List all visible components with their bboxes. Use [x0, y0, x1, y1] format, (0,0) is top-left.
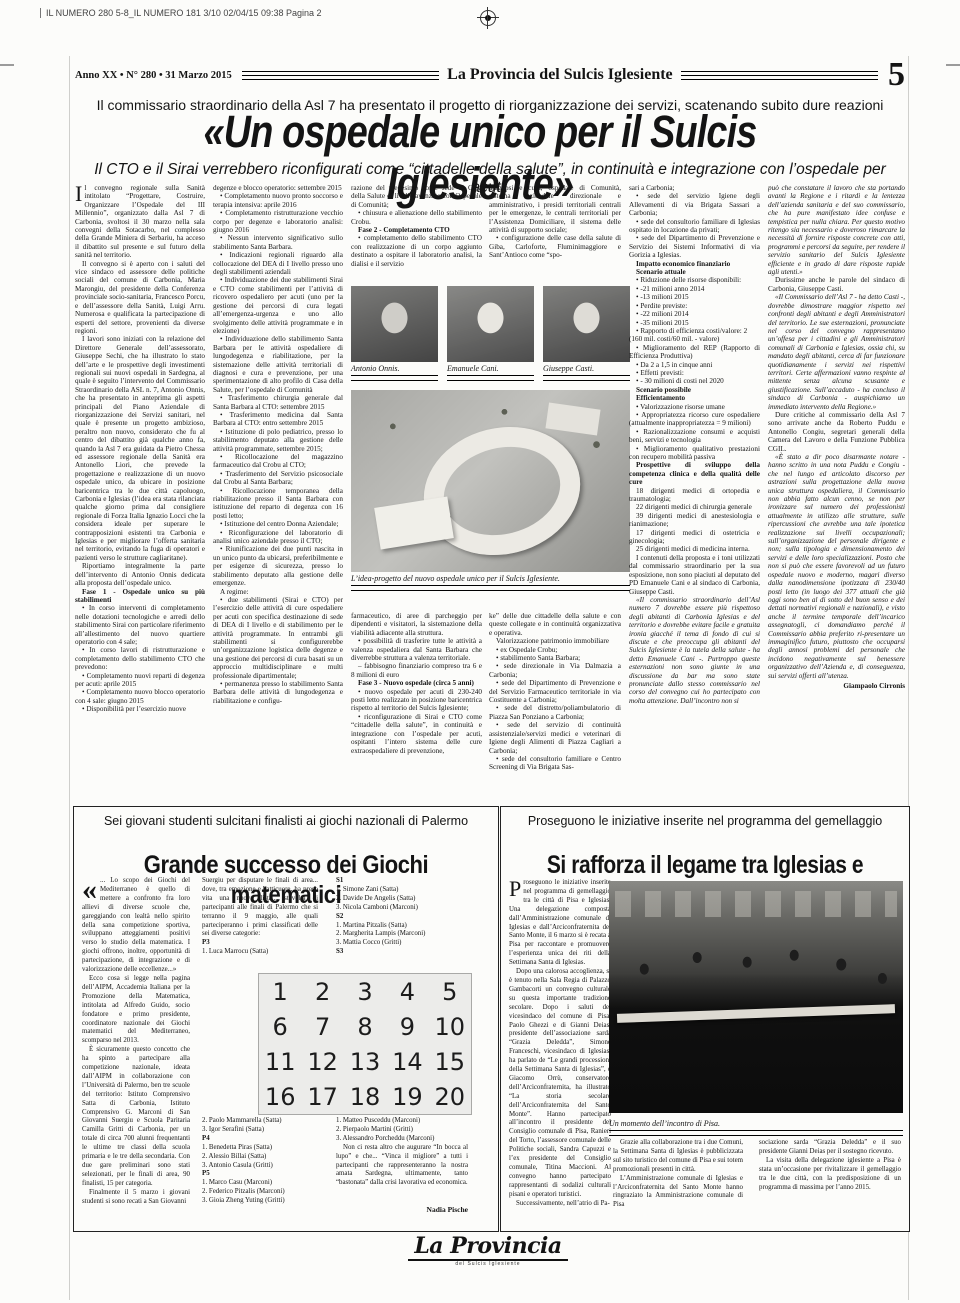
lead-column-1: Il convegno regionale sulla Sanità intit…: [75, 184, 205, 804]
registration-mark-icon: [480, 10, 496, 26]
body-paragraph: P5: [202, 1170, 318, 1179]
body-paragraph: Il convegno si è aperto con i saluti del…: [75, 260, 205, 336]
newspaper-page: IL NUMERO 280 5-8_IL NUMERO 181 3/10 02/…: [0, 0, 960, 1303]
pisa-column-c: sociazione sarda “Grazia Deledda” e il s…: [759, 1139, 901, 1229]
grid-number: 7: [315, 1013, 330, 1041]
body-paragraph: • -13 milioni 2015: [629, 293, 760, 301]
body-paragraph: • sede direzionale in Via Dalmazia a Car…: [489, 662, 621, 679]
body-paragraph: Prospettive di sviluppo della competenza…: [629, 461, 760, 486]
body-paragraph: «Il Commissario dell’Asl 7 - ha detto Ca…: [768, 293, 905, 411]
lead-column-3-bottom: farmaceutico, di aree di parcheggio per …: [351, 612, 482, 804]
body-paragraph: 25 dirigenti medici di medicina interna.: [629, 545, 760, 553]
body-paragraph: • Completamento nuovi reparti di degenza…: [75, 672, 205, 689]
body-paragraph: 3. Mattia Cocco (Gritti): [336, 939, 468, 948]
body-paragraph: 17 dirigenti medici di ostetricia e gine…: [629, 529, 760, 546]
body-paragraph: Fase 3 - Nuovo ospedale (circa 5 anni): [351, 679, 482, 687]
body-paragraph: • Razionalizzazione consumi e acquisti b…: [629, 428, 760, 445]
grid-number: 18: [350, 1083, 381, 1111]
page-frame-rule-left: [69, 56, 70, 1300]
body-paragraph: Grazie alla collaborazione tra i due Com…: [613, 1139, 743, 1175]
body-paragraph: • sede del Dipartimento di Prevenzione e…: [629, 234, 760, 259]
grid-number: 11: [265, 1048, 296, 1076]
body-paragraph: 3. Alessandro Porcheddu (Marconi): [336, 1135, 468, 1144]
body-paragraph: • Da 2 a 1,5 in cinque anni: [629, 361, 760, 369]
body-paragraph: Durissime anche le parole del sindaco di…: [768, 276, 905, 293]
grid-number: 19: [392, 1083, 423, 1111]
body-paragraph: 2. Federico Pitzalis (Marconi): [202, 1188, 318, 1197]
lead-column-6: può che constatare il lavoro che sta por…: [768, 184, 905, 804]
lead-column-4-bottom: ke” delle due cittadelle della salute e …: [489, 612, 621, 804]
grid-number: 20: [435, 1083, 466, 1111]
body-paragraph: 2. Margherita Lampis (Marconi): [336, 930, 468, 939]
math-byline: Nadia Pische: [336, 1205, 468, 1214]
body-paragraph: può che constatare il lavoro che sta por…: [768, 184, 905, 276]
body-paragraph: Fase 1 - Ospedale unico su più stabilime…: [75, 588, 205, 605]
portrait-photo: [351, 286, 438, 362]
double-rule: [351, 375, 438, 381]
body-paragraph: La visita della delegazione iglesiente a…: [759, 1157, 901, 1193]
newspaper-footer-logo: La Provincia del Sulcis Iglesiente: [408, 1234, 568, 1268]
numbers-grid: 1234567891011121314151617181920: [258, 973, 472, 1115]
body-paragraph: Impatto economico finanziario: [629, 260, 760, 268]
body-paragraph: 3. Igor Serafini (Satta): [202, 1126, 318, 1135]
body-paragraph: • ex Ospedale Crobu;: [489, 646, 621, 654]
body-paragraph: 2. Davide De Angelis (Satta): [336, 895, 468, 904]
body-paragraph: • sede del servizio di continuità assist…: [489, 721, 621, 755]
photo-emanuele-cani: Emanuele Cani.: [447, 286, 534, 381]
body-paragraph: • Completamento nuovo blocco operatorio …: [75, 688, 205, 705]
body-paragraph: P3: [202, 939, 318, 948]
body-paragraph: L’Amministrazione comunale di Iglesias e…: [613, 1175, 743, 1211]
body-paragraph: • -35 milioni 2015: [629, 319, 760, 327]
body-paragraph: • riconfigurazione di Sirai e CTO come “…: [351, 713, 482, 755]
portrait-photo: [447, 286, 534, 362]
body-paragraph: Valorizzazione patrimonio immobiliare: [489, 637, 621, 645]
body-paragraph: • chiusura e alienazione dello stabilime…: [351, 209, 482, 226]
lead-column-2: degenze e blocco operatorio: settembre 2…: [213, 184, 343, 804]
body-paragraph: • configurazione delle case della salute…: [489, 234, 621, 259]
photo-antonio-onnis: Antonio Onnis.: [351, 286, 438, 381]
body-paragraph: • Ricollocazione temporanea della riabil…: [213, 487, 343, 521]
body-paragraph: farmaceutico, di aree di parcheggio per …: [351, 612, 482, 637]
edition-info: Anno XX • N° 280 • 31 Marzo 2015: [75, 70, 232, 81]
body-paragraph: «Il commissario straordinario dell’Asl n…: [629, 596, 760, 705]
body-paragraph: 1. Simone Zani (Satta): [336, 886, 468, 895]
body-paragraph: • In corso lavori di ristrutturazione e …: [75, 646, 205, 671]
body-paragraph: • Individuazione dei due stabilimenti Si…: [213, 276, 343, 335]
body-paragraph: Successivamente, nell’atrio di Pa-: [509, 1200, 611, 1209]
masthead-center: La Provincia del Sulcis Iglesiente: [242, 66, 878, 84]
masthead-rule: [242, 71, 439, 80]
body-paragraph: • Completamento ristrutturazione vecchio…: [213, 209, 343, 234]
logo-subtitle: del Sulcis Iglesiente: [408, 1261, 568, 1268]
body-paragraph: razione del medesimo come sede di Casa d…: [351, 184, 482, 209]
crop-mark-left: [0, 64, 14, 66]
body-paragraph: S1: [336, 877, 468, 886]
masthead: Anno XX • N° 280 • 31 Marzo 2015 La Prov…: [75, 60, 905, 90]
math-column-right-bottom: 1. Matteo Pusceddu (Marconi)2. Pierpaolo…: [336, 1117, 468, 1201]
body-paragraph: 3. Antonio Casula (Gritti): [202, 1162, 318, 1171]
grid-number: 6: [273, 1013, 288, 1041]
grid-number: 8: [357, 1013, 372, 1041]
body-paragraph: 39 dirigenti medici di anestesiologia e …: [629, 512, 760, 529]
body-paragraph: Riportiamo integralmente la parte dell’i…: [75, 562, 205, 587]
body-paragraph: • -21 milioni anno 2014: [629, 285, 760, 293]
body-paragraph: 2. Pierpaolo Martini (Gritti): [336, 1126, 468, 1135]
body-paragraph: S2: [336, 913, 468, 922]
body-paragraph: 1. Martina Pitzalis (Satta): [336, 922, 468, 931]
hospital-model-photo: L’idea-progetto del nuovo ospedale unico…: [351, 390, 630, 591]
body-paragraph: • sede del servizio Igiene degli Allevam…: [629, 192, 760, 217]
body-paragraph: • In corso interventi di completamento n…: [75, 604, 205, 646]
body-paragraph: • -22 milioni 2014: [629, 310, 760, 318]
body-paragraph: Dure critiche al commissario della Asl 7…: [768, 411, 905, 453]
photo-caption: Emanuele Cani.: [447, 362, 534, 374]
body-paragraph: I contenuti della proposta e i toni util…: [629, 554, 760, 596]
body-paragraph: • sede del consultorio familiare di Igle…: [629, 218, 760, 235]
body-paragraph: • sede del distretto/poliambulatorio di …: [489, 704, 621, 721]
pisa-meeting-photo: [609, 881, 903, 1113]
grid-number: 3: [357, 978, 372, 1006]
grid-number: 14: [392, 1048, 423, 1076]
body-paragraph: diagnosi e cura, ospedale di Comunità, s…: [489, 184, 621, 234]
newspaper-title: La Provincia del Sulcis Iglesiente: [447, 66, 672, 84]
body-paragraph: Efficientamento: [629, 394, 760, 402]
body-paragraph: – fabbisogno finanziario compreso tra 6 …: [351, 662, 482, 679]
body-paragraph: 3. Gioia Zheng Yuting (Gritti): [202, 1197, 318, 1206]
body-paragraph: S3: [336, 948, 468, 957]
grid-number: 12: [307, 1048, 338, 1076]
masthead-rule: [681, 71, 878, 80]
body-paragraph: • Riduzione delle risorse disponibili:: [629, 276, 760, 284]
body-paragraph: • Completamento nuovo pronto soccorso e …: [213, 192, 343, 209]
body-paragraph: 1. Matteo Pusceddu (Marconi): [336, 1117, 468, 1126]
body-paragraph: • permanenza presso lo stabilimento Sant…: [213, 680, 343, 705]
body-paragraph: Fase 2 - Completamento CTO: [351, 226, 482, 234]
body-paragraph: • Rapporto di efficienza costi/valore: 2: [629, 327, 760, 335]
body-paragraph: • Disponibilità per l’esercizio nuove: [75, 705, 205, 713]
page-number: 5: [888, 60, 905, 90]
body-paragraph: (160 mil. costi/60 mil. - valore): [629, 335, 760, 343]
photo-caption: L’idea-progetto del nuovo ospedale unico…: [351, 572, 630, 584]
grid-number: 16: [265, 1083, 296, 1111]
body-paragraph: • Indicazioni regionali riguardo alla co…: [213, 251, 343, 276]
body-paragraph: ke” delle due cittadelle della salute e …: [489, 612, 621, 637]
body-paragraph: «È stato a dir poco disarmante notare - …: [768, 453, 905, 680]
body-paragraph: • stabilimento Santa Barbara;: [489, 654, 621, 662]
math-column-mid-bottom: 2. Paolo Mammarella (Satta)3. Igor Seraf…: [202, 1117, 318, 1223]
body-paragraph: • due stabilimenti (Sirai e CTO) per l’e…: [213, 596, 343, 680]
body-paragraph: • sede del Dipartimento di Prevenzione e…: [489, 679, 621, 704]
grid-number: 1: [273, 978, 288, 1006]
photo-caption: Antonio Onnis.: [351, 362, 438, 374]
body-paragraph: • Effetti previsti:: [629, 369, 760, 377]
body-paragraph: • - 30 milioni di costi nel 2020: [629, 377, 760, 385]
photo-caption: Giuseppe Casti.: [543, 362, 630, 374]
body-paragraph: • Nessun intervento significativo sullo …: [213, 234, 343, 251]
body-paragraph: • possibilità di trasferire tutte le att…: [351, 637, 482, 662]
body-paragraph: • Miglioramento del REP (Rapporto di Eff…: [629, 344, 760, 361]
body-paragraph: • Individuazione dello stabilimento Sant…: [213, 335, 343, 394]
crop-mark-right: [946, 64, 960, 66]
body-paragraph: • Appropriatezza ricorso cure ospedalier…: [629, 411, 760, 428]
body-paragraph: 2. Alessio Billai (Satta): [202, 1153, 318, 1162]
body-paragraph: Il convegno regionale sulla Sanità intit…: [75, 184, 205, 260]
lead-column-5: sari a Carbonia;• sede del servizio Igie…: [629, 184, 760, 804]
body-paragraph: • Trasferimento del Servizio psicosocial…: [213, 470, 343, 487]
body-paragraph: 1. Marco Casu (Marconi): [202, 1179, 318, 1188]
pisa-column-a: Proseguono le iniziative inserite nel pr…: [509, 879, 611, 1225]
print-slug: IL NUMERO 280 5-8_IL NUMERO 181 3/10 02/…: [40, 8, 322, 18]
body-paragraph: • Trasferimento medicina dal Santa Barba…: [213, 411, 343, 428]
body-paragraph: sari a Carbonia;: [629, 184, 760, 192]
body-paragraph: Dopo una calorosa accoglienza, si è tenu…: [509, 968, 611, 1200]
body-paragraph: Proseguono le iniziative inserite nel pr…: [509, 879, 611, 968]
grid-number: 5: [442, 978, 457, 1006]
photo-caption: Un momento dell’incontro di Pisa.: [609, 1117, 903, 1129]
body-paragraph: Scenario possibile: [629, 386, 760, 394]
body-paragraph: Scenario attuale: [629, 268, 760, 276]
body-paragraph: • Miglioramento qualitativo prestazioni …: [629, 445, 760, 462]
body-paragraph: 18 dirigenti medici di ortopedia e traum…: [629, 487, 760, 504]
double-rule: [447, 375, 534, 381]
math-column-left: ... Lo scopo dei Giochi del Mediterraneo…: [82, 877, 190, 1225]
body-paragraph: • Valorizzazione risorse umane: [629, 403, 760, 411]
body-paragraph: • Istituzione del centro Donna Aziendale…: [213, 520, 343, 528]
event-photo: [609, 881, 903, 1113]
body-paragraph: 2. Paolo Mammarella (Satta): [202, 1117, 318, 1126]
grid-number: 4: [400, 978, 415, 1006]
architectural-model-photo: [351, 390, 630, 572]
grid-number: 9: [400, 1013, 415, 1041]
body-paragraph: • completamento dello stabilimento CTO c…: [351, 234, 482, 268]
grid-number: 13: [350, 1048, 381, 1076]
body-paragraph: Giampaolo Cirronis: [768, 682, 905, 690]
body-paragraph: • Riconfigurazione del laboratorio di an…: [213, 529, 343, 546]
body-paragraph: degenze e blocco operatorio: settembre 2…: [213, 184, 343, 192]
body-paragraph: P4: [202, 1135, 318, 1144]
body-paragraph: 22 dirigenti medici di chirurgia general…: [629, 503, 760, 511]
body-paragraph: • Riunificazione dei due punti nascita i…: [213, 545, 343, 587]
grid-number: 15: [435, 1048, 466, 1076]
pisa-column-b: Grazie alla collaborazione tra i due Com…: [613, 1139, 743, 1227]
body-paragraph: Finalmente il 5 marzo i giovani studenti…: [82, 1189, 190, 1207]
double-rule: [351, 585, 630, 591]
body-paragraph: sociazione sarda “Grazia Deledda” e il s…: [759, 1139, 901, 1157]
portrait-photo: [543, 286, 630, 362]
photo-giuseppe-casti: Giuseppe Casti.: [543, 286, 630, 381]
body-paragraph: Suergiu per disputare le finali di area.…: [202, 877, 318, 939]
lead-column-4-top: diagnosi e cura, ospedale di Comunità, s…: [489, 184, 621, 284]
math-column-mid-top: Suergiu per disputare le finali di area.…: [202, 877, 318, 971]
grid-number: 2: [315, 978, 330, 1006]
double-rule: [543, 375, 630, 381]
body-paragraph: ... Lo scopo dei Giochi del Mediterraneo…: [82, 877, 190, 975]
math-column-right-top: S11. Simone Zani (Satta)2. Davide De Ang…: [336, 877, 468, 971]
double-rule: [609, 1130, 903, 1136]
headshot-photos: Antonio Onnis. Emanuele Cani. Giuseppe C…: [351, 286, 630, 381]
grid-number: 10: [435, 1013, 466, 1041]
logo-text: La Provincia: [408, 1234, 567, 1261]
body-paragraph: È sicuramente questo concetto che ha spi…: [82, 1046, 190, 1189]
body-paragraph: • Trasferimento chirurgia generale dal S…: [213, 394, 343, 411]
body-paragraph: 1. Luca Marrocu (Satta): [202, 948, 318, 957]
body-paragraph: Ecco cosa si legge nella pagina dell’AIP…: [82, 975, 190, 1046]
body-paragraph: • sede del consultorio familiare e Centr…: [489, 755, 621, 772]
body-paragraph: • Ricollocazione del magazzino farmaceut…: [213, 453, 343, 470]
body-paragraph: • Istituzione di polo pediatrico, presso…: [213, 428, 343, 453]
math-games-article: Sei giovani studenti sulcitani finalisti…: [73, 806, 499, 1232]
body-paragraph: • Perdite previste:: [629, 302, 760, 310]
lead-column-3-top: razione del medesimo come sede di Casa d…: [351, 184, 482, 284]
body-paragraph: 1. Benedetta Piras (Satta): [202, 1144, 318, 1153]
grid-number: 17: [307, 1083, 338, 1111]
body-paragraph: 3. Nicola Camboni (Marconi): [336, 904, 468, 913]
math-kicker: Sei giovani studenti sulcitani finalisti…: [74, 814, 498, 828]
body-paragraph: A regime:: [213, 588, 343, 596]
body-paragraph: I lavori sono iniziati con la relazione …: [75, 335, 205, 562]
pisa-twinning-article: Proseguono le iniziative inserite nel pr…: [500, 806, 910, 1232]
pisa-kicker: Proseguono le iniziative inserite nel pr…: [501, 814, 909, 828]
body-paragraph: • nuovo ospedale per acuti di 230-240 po…: [351, 688, 482, 713]
body-paragraph: Non ci resta altro che augurare “In bocc…: [336, 1144, 468, 1189]
people-silhouettes-shape: [609, 881, 903, 1113]
